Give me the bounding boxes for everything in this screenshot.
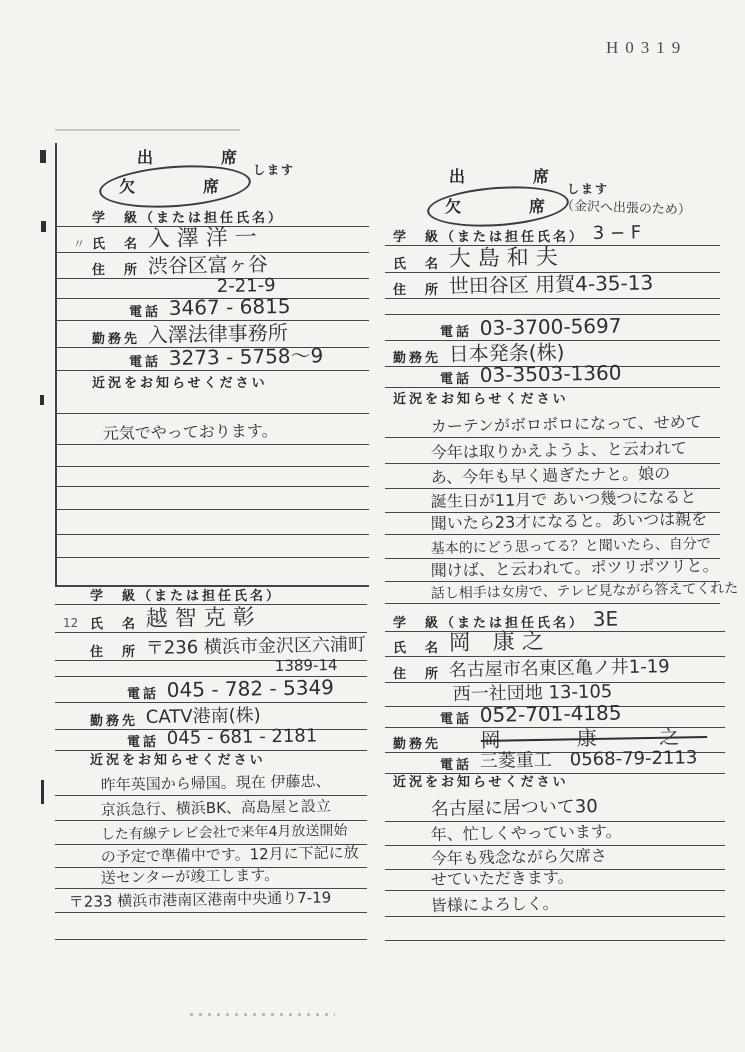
phone-row: 電話 03-3700-5697 [385,315,720,341]
scan-artifact [41,780,44,804]
message-line [57,487,369,510]
message-line [57,391,369,414]
phone-value: 3467 - 6815 [169,296,291,319]
attendance-header: 出 席 します 欠 席 （金沢へ出張のため） [385,158,720,226]
address-row: 住 所 世田谷区 用賀4-35-13 [385,273,720,299]
scan-artifact [41,221,46,232]
address-value: 世田谷区 用賀4-35-13 [449,272,654,297]
message-line: 送センターが竣工します。 [55,868,367,889]
name-label: 氏 名 [393,640,441,656]
message-line: 皆様によろしく。 [385,891,725,917]
absent-reason-note: （金沢へ出張のため） [561,195,692,219]
message-line [57,510,369,535]
attend-label: 出 席 [449,164,575,187]
news-row: 近況をお知らせください [55,751,367,768]
phone-row-2: 電話 3273 - 5758〜9 [57,348,369,371]
class-label: 学 級（または担任氏名） [393,615,585,631]
address-value: 渋谷区富ヶ谷 [148,254,268,277]
message-text: せていただきます。 [431,870,574,889]
message-line [57,445,369,467]
phone-value: 03-3700-5697 [480,316,622,339]
scan-artifact [40,150,46,163]
address-label: 住 所 [393,666,441,682]
name-value: 岡 康 之 [449,630,544,655]
workplace-row: 勤務先 CATV港南(株) [55,703,367,730]
phone-label: 電話 [440,371,472,387]
workplace-value: 入澤法律事務所 [148,323,288,346]
name-label: 氏 名 [393,256,441,272]
address-value-2: 1389-14 [275,658,338,675]
message-line: 京浜急行、横浜BK、高島屋と設立 [55,796,367,821]
message-line: 基本的にどう思ってる？と聞いたら、自分で [385,535,720,559]
workplace-label: 勤務先 [393,350,441,366]
scan-artifact [55,129,240,131]
absent-circle-mark [98,161,252,213]
phone-row-2: 電話 045 - 681 - 2181 [55,730,367,751]
scan-artifact [190,1013,335,1016]
name-row: 氏 名 入 澤 洋 一 [57,227,369,253]
message-line: 名古屋に居ついて30 [385,790,725,822]
message-line: 今年は取りかえようよ、と云われて [385,438,720,464]
class-row: 学 級（または担任氏名） 3 − F [385,226,720,246]
phone-label: 電話 [127,734,159,750]
scanned-page: H0319 出 席 します 欠 席 〃 学 級（または担任氏名） 氏 名 入 澤… [0,0,745,1052]
phone-row-2: 電話 三菱重工 0568-79-2113 [385,753,725,774]
class-row: 学 級（または担任氏名） [57,207,369,227]
message-line: せていただきます。 [385,870,725,891]
reply-card-3: 出 席 します 欠 席 （金沢へ出張のため） 学 級（または担任氏名） 3 − … [385,158,720,604]
message-line: 〒233 横浜市港南区港南中央通り7-19 [55,889,367,913]
message-line [385,917,725,941]
reply-card-1: 出 席 します 欠 席 〃 学 級（または担任氏名） 氏 名 入 澤 洋 一 住… [55,143,369,587]
message-text: した有線テレビ会社で来年4月放送開始 [101,824,348,843]
message-text: 京浜急行、横浜BK、高島屋と設立 [101,799,331,819]
message-line [57,467,369,487]
phone-label: 電話 [440,711,472,727]
address-row-2 [385,299,720,315]
name-label: 氏 名 [90,616,138,632]
news-label: 近況をお知らせください [393,774,569,790]
address-row: 住 所 名古屋市名東区亀ノ井1-19 [385,657,725,683]
class-label: 学 級（または担任氏名） [92,210,284,226]
address-row: 住 所 渋谷区富ヶ谷 [57,253,369,279]
class-value: 3 − F [593,224,642,244]
message-text: 〒233 横浜市港南区港南中央通り7-19 [69,891,332,911]
phone-value-2: 03-3503-1360 [480,363,622,386]
class-row: 学 級（または担任氏名） 3E [385,610,725,632]
message-text: カーテンがボロボロになって、せめて [431,414,702,436]
message-text: 今年は取りかえようよ、と云われて [431,441,687,462]
message-line: 今年も残念ながら欠席さ [385,846,725,870]
message-line: カーテンがボロボロになって、せめて [385,407,720,438]
message-line [57,535,369,558]
message-text: 今年も残念ながら欠席さ [431,848,607,868]
news-label: 近況をお知らせください [90,752,266,768]
name-value: 大 島 和 夫 [449,246,558,271]
scan-artifact [40,395,44,405]
message-line: 話し相手は女房で、テレビ見ながら答えてくれた [385,582,720,604]
message-line: あ、今年も早く過ぎたナと。娘の [385,464,720,489]
name-value: 入 澤 洋 一 [148,226,257,251]
class-row: 学 級（または担任氏名） [55,588,367,605]
class-value: 3E [593,609,619,630]
news-row: 近況をお知らせください [385,774,725,790]
class-label: 学 級（または担任氏名） [393,229,585,245]
news-label: 近況をお知らせください [92,375,268,391]
name-value: 越 智 克 彰 [146,606,255,631]
phone-row: 電話 045 - 782 - 5349 [55,677,367,703]
workplace-label: 勤務先 [393,736,441,752]
message-text: 基本的にどう思ってる？と聞いたら、自分で [431,537,711,557]
name-label: 氏 名 [92,236,140,252]
message-line: 聞いたら23才になると。あいつは親を [385,513,720,535]
message-text: 誕生日が11月で あいつ幾つになると [431,490,697,511]
class-label: 学 級（または担任氏名） [90,588,282,604]
message-text: 皆様によろしく。 [431,896,559,915]
phone-label: 電話 [440,324,472,340]
phone-label: 電話 [440,757,472,773]
reply-card-2: 12 学 級（または担任氏名） 氏 名 越 智 克 彰 住 所 〒236 横浜市… [55,588,367,940]
attendance-header: 出 席 します 欠 席 [57,143,369,207]
phone-label: 電話 [129,354,161,370]
address-value: 名古屋市名東区亀ノ井1-19 [449,658,670,681]
name-row: 氏 名 岡 康 之 [385,632,725,657]
phone-row: 電話 3467 - 6815 [57,299,369,321]
phone-value: 045 - 782 - 5349 [167,677,334,701]
address-label: 住 所 [90,644,138,660]
message-line: 昨年英国から帰国。現在 伊藤忠、 [55,768,367,796]
workplace-value: CATV港南(株) [146,707,261,728]
news-row: 近況をお知らせください [385,388,720,407]
message-text: 昨年英国から帰国。現在 伊藤忠、 [101,774,331,794]
workplace-label: 勤務先 [90,713,138,729]
message-text: 名古屋に居ついて30 [431,798,598,820]
document-id-stamp: H0319 [606,38,687,58]
message-line: した有線テレビ会社で来年4月放送開始 [55,821,367,845]
message-text: 元気でやっております。 [103,423,278,443]
name-row: 氏 名 大 島 和 夫 [385,246,720,273]
message-text: 話し相手は女房で、テレビ見ながら答えてくれた [431,582,739,602]
phone-value-2: 3273 - 5758〜9 [169,345,324,369]
message-line [55,913,367,940]
message-text: 聞けば、と云われて。ポツリポツリと。 [431,558,719,580]
shimasu-label: します [253,161,295,178]
message-text: の予定で準備中です。12月に下記に放 [101,846,359,866]
news-row: 近況をお知らせください [57,371,369,391]
message-text: あ、今年も早く過ぎたナと。娘の [431,466,671,487]
phone-value-2: 045 - 681 - 2181 [167,727,318,749]
absent-circle-mark [426,182,570,231]
message-text: 聞いたら23才になると。あいつは親を [431,511,708,533]
phone-label: 電話 [129,304,161,320]
message-text: 年、忙しくやっています。 [431,824,622,844]
address-label: 住 所 [393,282,441,298]
phone-value-2: 三菱重工 0568-79-2113 [480,749,698,772]
message-text: 送センターが竣工します。 [101,868,279,887]
message-line: 年、忙しくやっています。 [385,822,725,846]
phone-value: 052-701-4185 [480,703,622,726]
phone-row-2: 電話 03-3503-1360 [385,367,720,388]
reply-card-4: 学 級（または担任氏名） 3E 氏 名 岡 康 之 住 所 名古屋市名東区亀ノ井… [385,610,725,941]
message-line: 聞けば、と云われて。ポツリポツリと。 [385,559,720,582]
name-row: 氏 名 越 智 克 彰 [55,605,367,633]
workplace-label: 勤務先 [92,331,140,347]
news-label: 近況をお知らせください [393,391,569,407]
message-line: 元気でやっております。 [57,414,369,445]
address-label: 住 所 [92,262,140,278]
message-line: の予定で準備中です。12月に下記に放 [55,845,367,868]
phone-label: 電話 [127,686,159,702]
